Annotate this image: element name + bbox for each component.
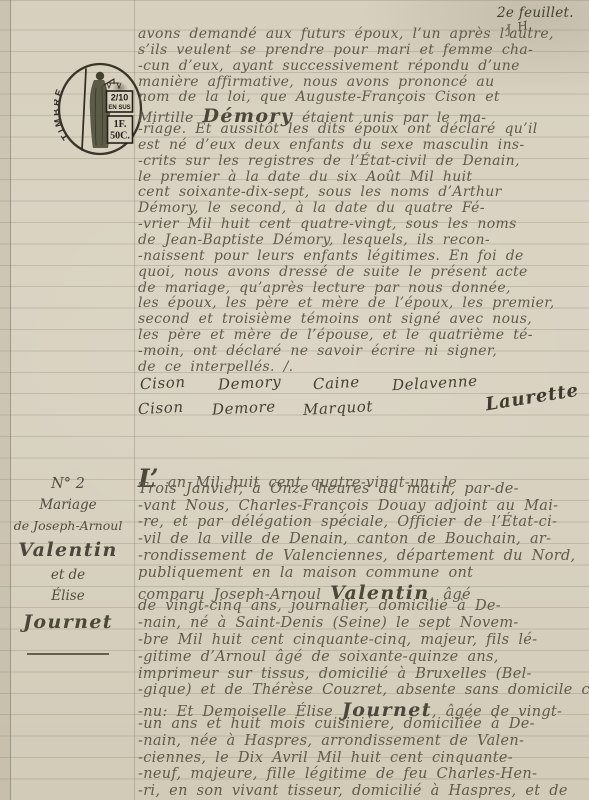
manuscript-segment: les époux, les père et mère de l’époux, … [138, 295, 555, 311]
manuscript-segment: -crits sur les registres de l’État-civil… [138, 153, 520, 169]
manuscript-segment: -gitime d’Arnoul âgé de soixante-quinze … [138, 649, 499, 665]
manuscript-segment: second et troisième témoins ont signé av… [138, 311, 532, 327]
manuscript-line: -nu: Et Demoiselle Élise Journet, âgée d… [138, 699, 585, 716]
manuscript-segment: N° 2 [51, 476, 85, 492]
manuscript-segment: s’ils veulent se prendre pour mari et fe… [138, 42, 533, 58]
manuscript-segment: cent soixante-dix-sept, sous les noms d’… [138, 184, 502, 200]
signature: Cison [138, 398, 185, 418]
manuscript-segment: quoi, nous avons dressé de suite le prés… [138, 264, 528, 280]
manuscript-segment: les père et mère de l’épouse, et le quat… [138, 327, 533, 343]
stamp-box-value: 1F. 50C. [108, 116, 133, 143]
manuscript-line: -nain, né à Saint-Denis (Seine) le sept … [138, 615, 585, 632]
manuscript-segment: le premier à la date du six Août Mil hui… [138, 169, 472, 185]
page-edge-line [10, 0, 11, 800]
revenue-stamp-graphic: TIMBRE 2/10 EN SUS 1F. [54, 58, 146, 160]
manuscript-line: le premier à la date du six Août Mil hui… [138, 169, 585, 185]
manuscript-segment: -vant Nous, Charles-François Douay adjoi… [138, 498, 558, 514]
manuscript-segment: est né d’eux deux enfants du sexe mascul… [138, 137, 525, 153]
manuscript-line: -gique) et de Thérèse Couzret, absente s… [138, 682, 585, 699]
manuscript-line: Élise [4, 588, 132, 609]
manuscript-segment: -un ans et huit mois cuisinière, domicil… [138, 716, 535, 732]
manuscript-line: de vingt-cinq ans, journalier, domicilié… [138, 598, 585, 615]
manuscript-line: manière affirmative, nous avons prononcé… [138, 74, 585, 90]
manuscript-line: -nain, née à Haspres, arrondissement de … [138, 733, 585, 750]
manuscript-segment: et de [51, 567, 85, 583]
stamp-label-timbre: TIMBRE [54, 86, 72, 142]
manuscript-segment: -neuf, majeure, fille légitime de feu Ch… [138, 766, 537, 782]
manuscript-line: -un ans et huit mois cuisinière, domicil… [138, 716, 585, 733]
manuscript-segment: -ciennes, le Dix Avril Mil huit cent cin… [138, 750, 513, 766]
svg-text:EN SUS: EN SUS [108, 105, 130, 111]
manuscript-segment: -vil de la ville de Denain, canton de Bo… [138, 531, 551, 547]
signature: Marquot [303, 397, 374, 419]
manuscript-segment: de Joseph-Arnoul [14, 518, 123, 533]
manuscript-line: -bre Mil huit cent cinquante-cinq, majeu… [138, 632, 585, 649]
manuscript-line: imprimeur sur tissus, domicilié à Bruxel… [138, 666, 585, 683]
stamp-box-ensus: 2/10 EN SUS [107, 91, 133, 112]
signature: Delavenne [391, 372, 477, 394]
act1-text: avons demandé aux futurs époux, l’un apr… [138, 26, 585, 375]
manuscript-line: avons demandé aux futurs époux, l’un apr… [138, 26, 585, 42]
manuscript-line: de Jean-Baptiste Démory, lesquels, ils r… [138, 232, 585, 248]
manuscript-line: -rondissement de Valenciennes, départeme… [138, 548, 585, 565]
manuscript-line: -gitime d’Arnoul âgé de soixante-quinze … [138, 649, 585, 666]
manuscript-segment: -nain, né à Saint-Denis (Seine) le sept … [138, 615, 519, 631]
manuscript-line: s’ils veulent se prendre pour mari et fe… [138, 42, 585, 58]
manuscript-segment: publiquement en la maison commune ont [138, 565, 473, 581]
act2-text: L’ an Mil huit cent quatre-vingt-un, leT… [138, 464, 585, 800]
manuscript-segment: Élise [51, 588, 84, 604]
manuscript-line: -crits sur les registres de l’État-civil… [138, 153, 585, 169]
manuscript-segment: -ri, en son vivant tisseur, domicilié à … [138, 783, 568, 799]
manuscript-line: -vant Nous, Charles-François Douay adjoi… [138, 498, 585, 515]
manuscript-line: les père et mère de l’épouse, et le quat… [138, 327, 585, 343]
manuscript-segment: -moin, ont déclaré ne savoir écrire ni s… [138, 343, 497, 359]
manuscript-line: Démory, le second, à la date du quatre F… [138, 200, 585, 216]
manuscript-line: L’ an Mil huit cent quatre-vingt-un, le [138, 464, 585, 481]
page-binding-shade [0, 0, 10, 800]
revenue-stamp: TIMBRE 2/10 EN SUS 1F. [54, 58, 146, 160]
manuscript-line: de mariage, qu’après lecture par nous do… [138, 280, 585, 296]
signature-row-1: CisonDemoryCaineDelavenne [140, 374, 509, 392]
manuscript-line: comparu Joseph-Arnoul Valentin, âgé [138, 582, 585, 599]
manuscript-line: -naissent pour leurs enfants légitimes. … [138, 248, 585, 264]
manuscript-segment: -gique) et de Thérèse Couzret, absente s… [138, 682, 589, 698]
ledger-page: 2e feuillet. J. H. TIMBRE [0, 0, 589, 800]
manuscript-segment: -riage. Et aussitôt les dits époux ont d… [138, 121, 538, 137]
signature: Cison [140, 373, 187, 393]
manuscript-segment: -naissent pour leurs enfants légitimes. … [138, 248, 524, 264]
signature-row-2: CisonDemoreMarquot [138, 399, 401, 417]
svg-text:1F.: 1F. [114, 119, 127, 130]
margin-note: N° 2Mariagede Joseph-ArnoulValentinet de… [4, 476, 132, 655]
manuscript-segment: -vrier Mil huit cent quatre-vingt, sous … [138, 216, 517, 232]
manuscript-segment: avons demandé aux futurs époux, l’un apr… [138, 26, 554, 42]
signature: Demore [211, 397, 276, 418]
manuscript-line: publiquement en la maison commune ont [138, 565, 585, 582]
manuscript-segment: Mariage [39, 497, 96, 513]
signature: Demory [217, 372, 281, 393]
manuscript-line: -vrier Mil huit cent quatre-vingt, sous … [138, 216, 585, 232]
manuscript-line: -re, et par délégation spéciale, Officie… [138, 514, 585, 531]
manuscript-segment: Démory, le second, à la date du quatre F… [138, 200, 485, 216]
manuscript-line: nom de la loi, que Auguste-François Ciso… [138, 89, 585, 105]
manuscript-line: -moin, ont déclaré ne savoir écrire ni s… [138, 343, 585, 359]
manuscript-line: quoi, nous avons dressé de suite le prés… [138, 264, 585, 280]
manuscript-line: -riage. Et aussitôt les dits époux ont d… [138, 121, 585, 137]
manuscript-segment: de vingt-cinq ans, journalier, domicilié… [138, 598, 501, 614]
margin-note-lines: N° 2Mariagede Joseph-ArnoulValentinet de… [4, 476, 132, 637]
signatures-block: CisonDemoryCaineDelavenne CisonDemoreMar… [138, 372, 585, 458]
manuscript-line: -ciennes, le Dix Avril Mil huit cent cin… [138, 750, 585, 767]
manuscript-line: les époux, les père et mère de l’époux, … [138, 295, 585, 311]
manuscript-segment: -re, et par délégation spéciale, Officie… [138, 514, 557, 530]
manuscript-line: Mariage [4, 497, 132, 518]
manuscript-line: est né d’eux deux enfants du sexe mascul… [138, 137, 585, 153]
signature: Caine [313, 373, 361, 393]
manuscript-line: cent soixante-dix-sept, sous les noms d’… [138, 184, 585, 200]
manuscript-line: Journet [4, 611, 132, 637]
manuscript-segment: imprimeur sur tissus, domicilié à Bruxel… [138, 666, 532, 682]
manuscript-line: et de [4, 567, 132, 588]
manuscript-segment: nom de la loi, que Auguste-François Ciso… [138, 89, 500, 105]
manuscript-line: Trois Janvier, à Onze heures du matin, p… [138, 481, 585, 498]
manuscript-segment: de mariage, qu’après lecture par nous do… [138, 280, 511, 296]
manuscript-segment: -rondissement de Valenciennes, départeme… [138, 548, 575, 564]
svg-text:2/10: 2/10 [111, 93, 129, 103]
margin-divider [27, 653, 109, 655]
manuscript-line: -ri, en son vivant tisseur, domicilié à … [138, 783, 585, 800]
manuscript-segment: manière affirmative, nous avons prononcé… [138, 74, 495, 90]
manuscript-line: -vil de la ville de Denain, canton de Bo… [138, 531, 585, 548]
manuscript-line: Valentin [4, 539, 132, 565]
manuscript-line: N° 2 [4, 476, 132, 497]
manuscript-segment: -cun d’eux, ayant successivement répondu… [138, 58, 520, 74]
manuscript-line: de Joseph-Arnoul [4, 518, 132, 539]
manuscript-segment: Trois Janvier, à Onze heures du matin, p… [138, 481, 519, 497]
manuscript-name: Journet [23, 611, 113, 633]
folio-header-note: 2e feuillet. [497, 5, 574, 21]
manuscript-segment: -nain, née à Haspres, arrondissement de … [138, 733, 524, 749]
manuscript-segment: -bre Mil huit cent cinquante-cinq, majeu… [138, 632, 537, 648]
manuscript-line: second et troisième témoins ont signé av… [138, 311, 585, 327]
manuscript-line: -neuf, majeure, fille légitime de feu Ch… [138, 766, 585, 783]
manuscript-segment: de Jean-Baptiste Démory, lesquels, ils r… [138, 232, 490, 248]
manuscript-name: Valentin [18, 539, 117, 561]
manuscript-line: Mirtille Démory étaient unis par le ma- [138, 105, 585, 121]
manuscript-line: -cun d’eux, ayant successivement répondu… [138, 58, 585, 74]
svg-text:50C.: 50C. [110, 131, 130, 142]
